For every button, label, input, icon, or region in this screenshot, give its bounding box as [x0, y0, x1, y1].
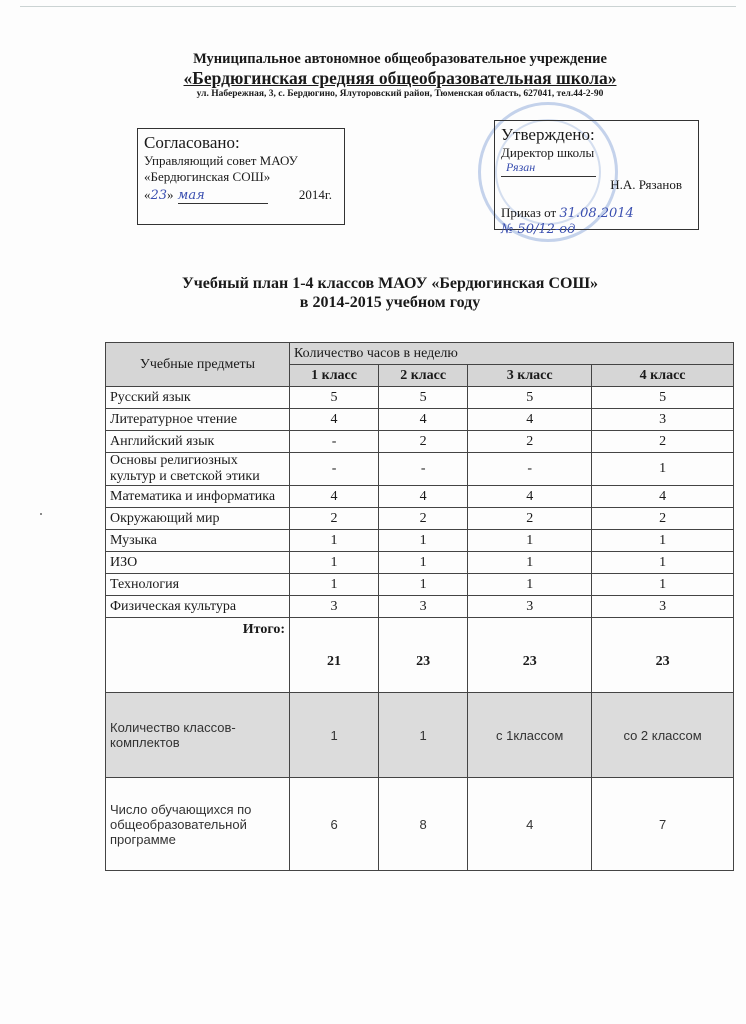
hours-cell: 1 — [290, 574, 379, 596]
hours-cell: 5 — [592, 387, 734, 409]
hours-cell: 3 — [290, 596, 379, 618]
hours-cell: - — [290, 453, 379, 486]
approved-position: Директор школы Рязан — [501, 145, 692, 177]
hours-cell: 8 — [379, 778, 468, 871]
table-row: Окружающий мир2222 — [106, 508, 734, 530]
table-row: Русский язык5555 — [106, 387, 734, 409]
document-header: Муниципальное автономное общеобразовател… — [150, 50, 650, 101]
hours-cell: 1 — [379, 574, 468, 596]
hours-cell: 3 — [468, 596, 592, 618]
hours-cell: с 1классом — [468, 693, 592, 778]
hours-header: Количество часов в неделю — [290, 343, 734, 365]
hours-cell: 23 — [468, 618, 592, 693]
hours-cell: - — [379, 453, 468, 486]
hours-cell: 4 — [468, 778, 592, 871]
hours-cell: 2 — [592, 508, 734, 530]
agreed-title: Согласовано: — [144, 133, 338, 153]
hours-cell: 1 — [592, 552, 734, 574]
row-label: Итого: — [106, 618, 290, 693]
hours-cell: 7 — [592, 778, 734, 871]
row-label: Окружающий мир — [106, 508, 290, 530]
hours-cell: - — [468, 453, 592, 486]
hours-cell: 1 — [379, 693, 468, 778]
row-label: Английский язык — [106, 431, 290, 453]
table-row: Физическая культура3333 — [106, 596, 734, 618]
hours-cell: 1 — [290, 693, 379, 778]
order-line: Приказ от 31.08.2014 — [501, 205, 692, 222]
grade-header: 4 класс — [592, 365, 734, 387]
hours-cell: 5 — [468, 387, 592, 409]
hours-cell: 2 — [290, 508, 379, 530]
hours-cell: 23 — [379, 618, 468, 693]
plan-title: Учебный план 1-4 классов МАОУ «Бердюгинс… — [150, 274, 630, 312]
table-row: ИЗО1111 — [106, 552, 734, 574]
table-row: Основы религиозных культур и светской эт… — [106, 453, 734, 486]
table-row: Число обучающихся по общеобразовательной… — [106, 778, 734, 871]
row-label: Основы религиозных культур и светской эт… — [106, 453, 290, 486]
hours-cell: 4 — [468, 486, 592, 508]
page-edge — [20, 6, 736, 7]
hours-cell: 2 — [592, 431, 734, 453]
hours-cell: 1 — [379, 530, 468, 552]
order-number: № 50/12-од — [501, 222, 692, 238]
hours-cell: 3 — [379, 596, 468, 618]
hours-cell: 5 — [290, 387, 379, 409]
table-row: Английский язык-222 — [106, 431, 734, 453]
grade-header: 1 класс — [290, 365, 379, 387]
order-date: 31.08.2014 — [559, 206, 633, 221]
hours-cell: 4 — [290, 409, 379, 431]
row-label: Литературное чтение — [106, 409, 290, 431]
hours-cell: 4 — [379, 409, 468, 431]
hours-cell: 4 — [290, 486, 379, 508]
director-signature: Рязан — [501, 162, 596, 177]
hours-cell: 21 — [290, 618, 379, 693]
table-row: Итого:21232323 — [106, 618, 734, 693]
hours-cell: - — [290, 431, 379, 453]
hours-cell: 1 — [592, 574, 734, 596]
grade-header: 2 класс — [379, 365, 468, 387]
hours-cell: 2 — [468, 431, 592, 453]
hours-cell: 1 — [592, 530, 734, 552]
hours-cell: 5 — [379, 387, 468, 409]
school-name: «Бердюгинская средняя общеобразовательна… — [150, 68, 650, 88]
hours-cell: 4 — [592, 486, 734, 508]
agreed-school: «Бердюгинская СОШ» — [144, 169, 338, 185]
table-row: Литературное чтение4443 — [106, 409, 734, 431]
organization-name: Муниципальное автономное общеобразовател… — [150, 50, 650, 68]
agreed-council: Управляющий совет МАОУ — [144, 153, 338, 169]
hours-cell: 2 — [379, 431, 468, 453]
table-row: Музыка1111 — [106, 530, 734, 552]
row-label: Число обучающихся по общеобразовательной… — [106, 778, 290, 871]
table-row: Технология1111 — [106, 574, 734, 596]
approved-title: Утверждено: — [501, 125, 692, 145]
agreed-date: « 23 » мая 2014г. — [144, 187, 338, 204]
curriculum-table: Учебные предметы Количество часов в неде… — [105, 342, 734, 871]
scan-speck — [40, 513, 42, 515]
agreed-month: мая — [178, 188, 205, 203]
hours-cell: 1 — [468, 552, 592, 574]
school-address: ул. Набережная, 3, с. Бердюгино, Ялуторо… — [150, 88, 650, 101]
row-label: ИЗО — [106, 552, 290, 574]
row-label: Математика и информатика — [106, 486, 290, 508]
agreed-day: 23 — [151, 188, 168, 203]
hours-cell: 3 — [592, 409, 734, 431]
table-row: Математика и информатика4444 — [106, 486, 734, 508]
hours-cell: 6 — [290, 778, 379, 871]
hours-cell: 1 — [468, 530, 592, 552]
hours-cell: 4 — [379, 486, 468, 508]
grade-header: 3 класс — [468, 365, 592, 387]
hours-cell: 4 — [468, 409, 592, 431]
director-name: Н.А. Рязанов — [501, 177, 692, 193]
hours-cell: 2 — [468, 508, 592, 530]
hours-cell: 23 — [592, 618, 734, 693]
hours-cell: 1 — [468, 574, 592, 596]
row-label: Физическая культура — [106, 596, 290, 618]
row-label: Музыка — [106, 530, 290, 552]
hours-cell: 1 — [592, 453, 734, 486]
hours-cell: 1 — [290, 530, 379, 552]
hours-cell: 3 — [592, 596, 734, 618]
agreed-block: Согласовано: Управляющий совет МАОУ «Бер… — [137, 128, 345, 225]
agreed-year: 2014г. — [299, 187, 332, 203]
table-row: Количество классов-комплектов11с 1классо… — [106, 693, 734, 778]
row-label: Технология — [106, 574, 290, 596]
subject-header: Учебные предметы — [106, 343, 290, 387]
hours-cell: 2 — [379, 508, 468, 530]
hours-cell: 1 — [379, 552, 468, 574]
approved-block: Утверждено: Директор школы Рязан Н.А. Ря… — [494, 120, 699, 230]
row-label: Количество классов-комплектов — [106, 693, 290, 778]
hours-cell: 1 — [290, 552, 379, 574]
hours-cell: со 2 классом — [592, 693, 734, 778]
row-label: Русский язык — [106, 387, 290, 409]
